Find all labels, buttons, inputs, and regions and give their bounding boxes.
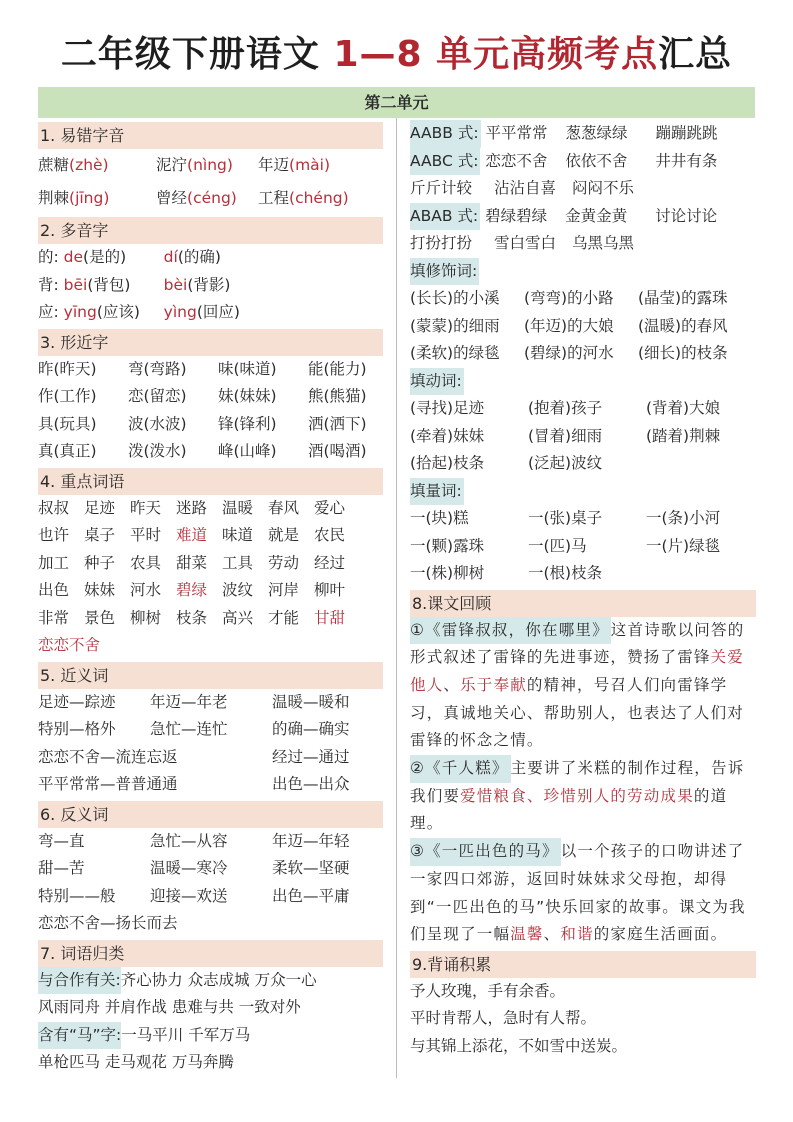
antonym-row: 甜—苦温暖—寒冷柔软—坚硬 xyxy=(38,855,383,883)
pattern-row-abab-cont: 打扮打扮雪白雪白乌黑乌黑 xyxy=(410,230,756,258)
lesson-title: ③《一匹出色的马》 xyxy=(410,838,561,866)
highlighted-word: 碧绿 xyxy=(176,577,222,605)
word: 就是 xyxy=(268,522,314,550)
highlighted-text: 乐于奉献 xyxy=(460,676,527,694)
recitation-line: 平时肯帮人，急时有人帮。 xyxy=(410,1005,756,1033)
section-heading-synonyms: 5. 近义词 xyxy=(38,662,383,689)
pinyin: (céng) xyxy=(187,189,237,207)
item: 峰(山峰) xyxy=(218,438,308,466)
exercise-label: 填动词: xyxy=(410,368,464,396)
word: 曾经 xyxy=(156,189,187,207)
word: 沾沾自喜 xyxy=(494,175,572,203)
pair: 急忙—从容 xyxy=(150,828,272,856)
word: 农具 xyxy=(130,550,176,578)
item: (牵着)妹妹 xyxy=(410,423,528,451)
pair: 平平常常—普普通通 xyxy=(38,771,272,799)
column-divider xyxy=(396,118,397,1078)
modifier-row: (长长)的小溪(弯弯)的小路(晶莹)的露珠 xyxy=(410,285,756,313)
verbs-label-row: 填动词: xyxy=(410,368,756,396)
verb-row: (牵着)妹妹(冒着)细雨(踏着)荆棘 xyxy=(410,423,756,451)
pair: 经过—通过 xyxy=(272,744,350,772)
lesson-summary-3: ③《一匹出色的马》以一个孩子的口吻讲述了一家四口郊游，返回时妹妹求父母抱，却得到… xyxy=(410,838,756,949)
pattern-label: AABB 式: xyxy=(410,120,481,148)
word: 荆棘 xyxy=(38,189,69,207)
item: 一(条)小河 xyxy=(646,505,720,533)
item: 一(张)桌子 xyxy=(528,505,646,533)
polyphone-row: 背: bēi(背包)bèi(背影) xyxy=(38,272,383,300)
word: 恋恋不舍 xyxy=(485,148,565,176)
item: 一(片)绿毯 xyxy=(646,533,720,561)
modifier-row: (柔软)的绿毯(碧绿)的河水(细长)的枝条 xyxy=(410,340,756,368)
item: (弯弯)的小路 xyxy=(524,285,638,313)
pattern-row-aabb: AABB 式: 平平常常葱葱绿绿蹦蹦跳跳 xyxy=(410,120,756,148)
polyphone-row: 应: yīng(应该)yìng(回应) xyxy=(38,299,383,327)
word: 葱葱绿绿 xyxy=(566,120,656,148)
item: (温暖)的春风 xyxy=(638,313,728,341)
category-label: 与合作有关: xyxy=(38,967,121,995)
item: (柔软)的绿毯 xyxy=(410,340,524,368)
measure-row: 一(株)柳树一(根)枝条 xyxy=(410,560,756,588)
exercise-label: 填量词: xyxy=(410,478,464,506)
item: (泛起)波纹 xyxy=(528,450,602,478)
pair: 特别—格外 xyxy=(38,716,150,744)
word: 闷闷不乐 xyxy=(572,175,634,203)
antonym-row: 恋恋不舍—扬长而去 xyxy=(38,910,383,938)
measures-label-row: 填量词: xyxy=(410,478,756,506)
category-row: 单枪匹马 走马观花 万马奔腾 xyxy=(38,1049,383,1077)
recitation-line: 予人玫瑰，手有余香。 xyxy=(410,978,756,1006)
item: 波(水波) xyxy=(128,411,218,439)
similar-chars-row: 作(工作)恋(留恋)妹(妹妹)熊(熊猫) xyxy=(38,383,383,411)
item: 弯(弯路) xyxy=(128,356,218,384)
item: 一(颗)露珠 xyxy=(410,533,528,561)
item: (冒着)细雨 xyxy=(528,423,646,451)
item: (背着)大娘 xyxy=(646,395,720,423)
key-words-row: 出色妹妹河水碧绿波纹河岸柳叶 xyxy=(38,577,383,605)
word: 才能 xyxy=(268,605,314,633)
item: (寻找)足迹 xyxy=(410,395,528,423)
item: 具(玩具) xyxy=(38,411,128,439)
pair: 出色—出众 xyxy=(272,771,350,799)
verb-row: (寻找)足迹(抱着)孩子(背着)大娘 xyxy=(410,395,756,423)
pinyin: (nìng) xyxy=(187,156,233,174)
word: 平时 xyxy=(130,522,176,550)
word: 味道 xyxy=(222,522,268,550)
pinyin-row: 荆棘(jīng)曾经(céng)工程(chéng) xyxy=(38,182,383,215)
pinyin: de xyxy=(64,248,83,266)
key-words-row: 叔叔足迹昨天迷路温暖春风爱心 xyxy=(38,495,383,523)
pinyin: yīng xyxy=(64,303,97,321)
word: 桌子 xyxy=(84,522,130,550)
highlighted-word: 恋恋不舍 xyxy=(38,632,383,660)
item: (蒙蒙)的细雨 xyxy=(410,313,524,341)
left-column: 1. 易错字音 蔗糖(zhè)泥泞(nìng)年迈(mài) 荆棘(jīng)曾… xyxy=(38,120,383,1077)
word: 乌黑乌黑 xyxy=(572,230,634,258)
lesson-summary-2: ②《千人糕》主要讲了米糕的制作过程，告诉我们要爱惜粮食、珍惜别人的劳动成果的道理… xyxy=(410,755,756,838)
highlighted-text: 温馨 xyxy=(510,925,543,943)
word: 平平常常 xyxy=(486,120,566,148)
synonym-row: 足迹—踪迹年迈—年老温暖—暖和 xyxy=(38,689,383,717)
item: (踏着)荆棘 xyxy=(646,423,720,451)
text: 、 xyxy=(443,676,460,694)
pinyin: bèi xyxy=(164,276,188,294)
text: 、 xyxy=(544,925,561,943)
pair: 恋恋不舍—流连忘返 xyxy=(38,744,272,772)
pair: 柔软—坚硬 xyxy=(272,855,350,883)
modifier-row: (蒙蒙)的细雨(年迈)的大娘(温暖)的春风 xyxy=(410,313,756,341)
item: 酒(喝酒) xyxy=(308,438,367,466)
word: 雪白雪白 xyxy=(494,230,572,258)
word: 井井有条 xyxy=(655,148,717,176)
word: 温暖 xyxy=(222,495,268,523)
antonym-row: 特别——般迎接—欢送出色—平庸 xyxy=(38,883,383,911)
section-heading-antonyms: 6. 反义词 xyxy=(38,801,383,828)
highlighted-word: 难道 xyxy=(176,522,222,550)
word: 经过 xyxy=(314,550,345,578)
word: 柳叶 xyxy=(314,577,345,605)
pinyin-row: 蔗糖(zhè)泥泞(nìng)年迈(mài) xyxy=(38,149,383,182)
measure-row: 一(块)糕一(张)桌子一(条)小河 xyxy=(410,505,756,533)
antonym-row: 弯—直急忙—从容年迈—年轻 xyxy=(38,828,383,856)
modifiers-label-row: 填修饰词: xyxy=(410,258,756,286)
highlighted-word: 甘甜 xyxy=(314,605,345,633)
highlighted-text: 爱惜粮食、珍惜别人的劳动成果 xyxy=(460,787,694,805)
item: (碧绿)的河水 xyxy=(524,340,638,368)
category-words: 一马平川 千军万马 xyxy=(121,1026,250,1044)
item: 泼(泼水) xyxy=(128,438,218,466)
word: 爱心 xyxy=(314,495,345,523)
pair: 温暖—寒冷 xyxy=(150,855,272,883)
word: 泥泞 xyxy=(156,156,187,174)
right-column: AABB 式: 平平常常葱葱绿绿蹦蹦跳跳 AABC 式: 恋恋不舍依依不舍井井有… xyxy=(410,120,756,1060)
pair: 甜—苦 xyxy=(38,855,150,883)
item: 锋(锋利) xyxy=(218,411,308,439)
word: 足迹 xyxy=(84,495,130,523)
item: (长长)的小溪 xyxy=(410,285,524,313)
measure-row: 一(颗)露珠一(匹)马一(片)绿毯 xyxy=(410,533,756,561)
lesson-title: ②《千人糕》 xyxy=(410,755,511,783)
word: 高兴 xyxy=(222,605,268,633)
word: 非常 xyxy=(38,605,84,633)
text: 的家庭生活画面。 xyxy=(594,925,728,943)
recitation-line: 与其锦上添花，不如雪中送炭。 xyxy=(410,1033,756,1061)
section-heading-text-review: 8.课文回顾 xyxy=(410,590,756,617)
pair: 年迈—年轻 xyxy=(272,828,350,856)
item: 一(匹)马 xyxy=(528,533,646,561)
word: 讨论讨论 xyxy=(655,203,717,231)
lesson-title: ①《雷锋叔叔，你在哪里》 xyxy=(410,617,611,645)
item: 能(能力) xyxy=(308,356,367,384)
section-heading-similar-chars: 3. 形近字 xyxy=(38,329,383,356)
polyphone-row: 的: de(是的)dí(的确) xyxy=(38,244,383,272)
word: 河岸 xyxy=(268,577,314,605)
key-words-row: 加工种子农具甜菜工具劳动经过 xyxy=(38,550,383,578)
key-words-row: 也许桌子平时难道味道就是农民 xyxy=(38,522,383,550)
char: 应: xyxy=(38,303,59,321)
word: 工程 xyxy=(258,189,289,207)
item: 味(味道) xyxy=(218,356,308,384)
word: 依依不舍 xyxy=(565,148,655,176)
pair: 弯—直 xyxy=(38,828,150,856)
word: 碧绿碧绿 xyxy=(485,203,565,231)
item: 一(根)枝条 xyxy=(528,560,602,588)
pinyin: bēi xyxy=(64,276,88,294)
char: 背: xyxy=(38,276,59,294)
pattern-row-aabc-cont: 斤斤计较沾沾自喜闷闷不乐 xyxy=(410,175,756,203)
word: 甜菜 xyxy=(176,550,222,578)
word: 蹦蹦跳跳 xyxy=(656,120,718,148)
pattern-label: AABC 式: xyxy=(410,148,480,176)
synonym-row: 平平常常—普普通通出色—出众 xyxy=(38,771,383,799)
section-heading-polyphones: 2. 多音字 xyxy=(38,217,383,244)
pair: 急忙—连忙 xyxy=(150,716,272,744)
highlighted-text: 和谐 xyxy=(560,925,593,943)
pair: 特别——般 xyxy=(38,883,150,911)
word: 枝条 xyxy=(176,605,222,633)
word: 劳动 xyxy=(268,550,314,578)
item: 妹(妹妹) xyxy=(218,383,308,411)
word: 妹妹 xyxy=(84,577,130,605)
item: 恋(留恋) xyxy=(128,383,218,411)
title-part-1: 二年级下册语文 xyxy=(61,34,334,75)
category-row: 与合作有关:齐心协力 众志成城 万众一心 xyxy=(38,967,383,995)
similar-chars-row: 真(真正)泼(泼水)峰(山峰)酒(喝酒) xyxy=(38,438,383,466)
word: 春风 xyxy=(268,495,314,523)
word: 斤斤计较 xyxy=(410,175,494,203)
title-part-3: 汇总 xyxy=(658,34,732,75)
word: 加工 xyxy=(38,550,84,578)
pair: 温暖—暖和 xyxy=(272,689,350,717)
page-title: 二年级下册语文 1—8 单元高频考点汇总 xyxy=(0,30,793,80)
word: 昨天 xyxy=(130,495,176,523)
section-heading-word-categories: 7. 词语归类 xyxy=(38,940,383,967)
item: 昨(昨天) xyxy=(38,356,128,384)
pair: 出色—平庸 xyxy=(272,883,350,911)
section-heading-recitation: 9.背诵积累 xyxy=(410,951,756,978)
similar-chars-row: 具(玩具)波(水波)锋(锋利)洒(洒下) xyxy=(38,411,383,439)
item: (拾起)枝条 xyxy=(410,450,528,478)
item: (年迈)的大娘 xyxy=(524,313,638,341)
item: (抱着)孩子 xyxy=(528,395,646,423)
title-part-2: 1—8 单元高频考点 xyxy=(333,34,658,75)
word: 金黄金黄 xyxy=(565,203,655,231)
pinyin: dí xyxy=(164,248,178,266)
section-heading-pronunciation: 1. 易错字音 xyxy=(38,122,383,149)
verb-row: (拾起)枝条(泛起)波纹 xyxy=(410,450,756,478)
item: (细长)的枝条 xyxy=(638,340,728,368)
exercise-label: 填修饰词: xyxy=(410,258,479,286)
word: 波纹 xyxy=(222,577,268,605)
example: (的确) xyxy=(178,248,221,266)
pinyin: (mài) xyxy=(289,156,330,174)
unit-banner: 第二单元 xyxy=(38,87,755,118)
word: 工具 xyxy=(222,550,268,578)
word: 叔叔 xyxy=(38,495,84,523)
section-heading-key-words: 4. 重点词语 xyxy=(38,468,383,495)
example: (回应) xyxy=(197,303,240,321)
word: 景色 xyxy=(84,605,130,633)
pair: 迎接—欢送 xyxy=(150,883,272,911)
pair: 年迈—年老 xyxy=(150,689,272,717)
item: 真(真正) xyxy=(38,438,128,466)
item: 一(块)糕 xyxy=(410,505,528,533)
pair: 足迹—踪迹 xyxy=(38,689,150,717)
pinyin: (zhè) xyxy=(69,156,109,174)
pair: 恋恋不舍—扬长而去 xyxy=(38,910,178,938)
category-row: 含有“马”字:一马平川 千军万马 xyxy=(38,1022,383,1050)
pinyin: (jīng) xyxy=(69,189,109,207)
category-words: 齐心协力 众志成城 万众一心 xyxy=(121,971,317,989)
word: 出色 xyxy=(38,577,84,605)
item: 熊(熊猫) xyxy=(308,383,367,411)
char: 的: xyxy=(38,248,59,266)
pattern-label: ABAB 式: xyxy=(410,203,480,231)
category-row: 风雨同舟 并肩作战 患难与共 一致对外 xyxy=(38,994,383,1022)
synonym-row: 特别—格外急忙—连忙的确—确实 xyxy=(38,716,383,744)
word: 打扮打扮 xyxy=(410,230,494,258)
pinyin: (chéng) xyxy=(289,189,349,207)
word: 年迈 xyxy=(258,156,289,174)
example: (是的) xyxy=(83,248,126,266)
item: 一(株)柳树 xyxy=(410,560,528,588)
item: 洒(洒下) xyxy=(308,411,367,439)
pair: 的确—确实 xyxy=(272,716,350,744)
word: 河水 xyxy=(130,577,176,605)
word: 蔗糖 xyxy=(38,156,69,174)
pattern-row-abab: ABAB 式: 碧绿碧绿金黄金黄讨论讨论 xyxy=(410,203,756,231)
item: 作(工作) xyxy=(38,383,128,411)
category-label: 含有“马”字: xyxy=(38,1022,121,1050)
pattern-row-aabc: AABC 式: 恋恋不舍依依不舍井井有条 xyxy=(410,148,756,176)
example: (背影) xyxy=(187,276,230,294)
word: 也许 xyxy=(38,522,84,550)
synonym-row: 恋恋不舍—流连忘返经过—通过 xyxy=(38,744,383,772)
lesson-summary-1: ①《雷锋叔叔，你在哪里》这首诗歌以问答的形式叙述了雷锋的先进事迹，赞扬了雷锋关爱… xyxy=(410,617,756,756)
example: (背包) xyxy=(87,276,130,294)
pinyin: yìng xyxy=(164,303,197,321)
example: (应该) xyxy=(97,303,140,321)
word: 农民 xyxy=(314,522,345,550)
word: 迷路 xyxy=(176,495,222,523)
similar-chars-row: 昨(昨天)弯(弯路)味(味道)能(能力) xyxy=(38,356,383,384)
word: 柳树 xyxy=(130,605,176,633)
item: (晶莹)的露珠 xyxy=(638,285,728,313)
word: 种子 xyxy=(84,550,130,578)
key-words-row: 非常景色柳树枝条高兴才能甘甜 xyxy=(38,605,383,633)
